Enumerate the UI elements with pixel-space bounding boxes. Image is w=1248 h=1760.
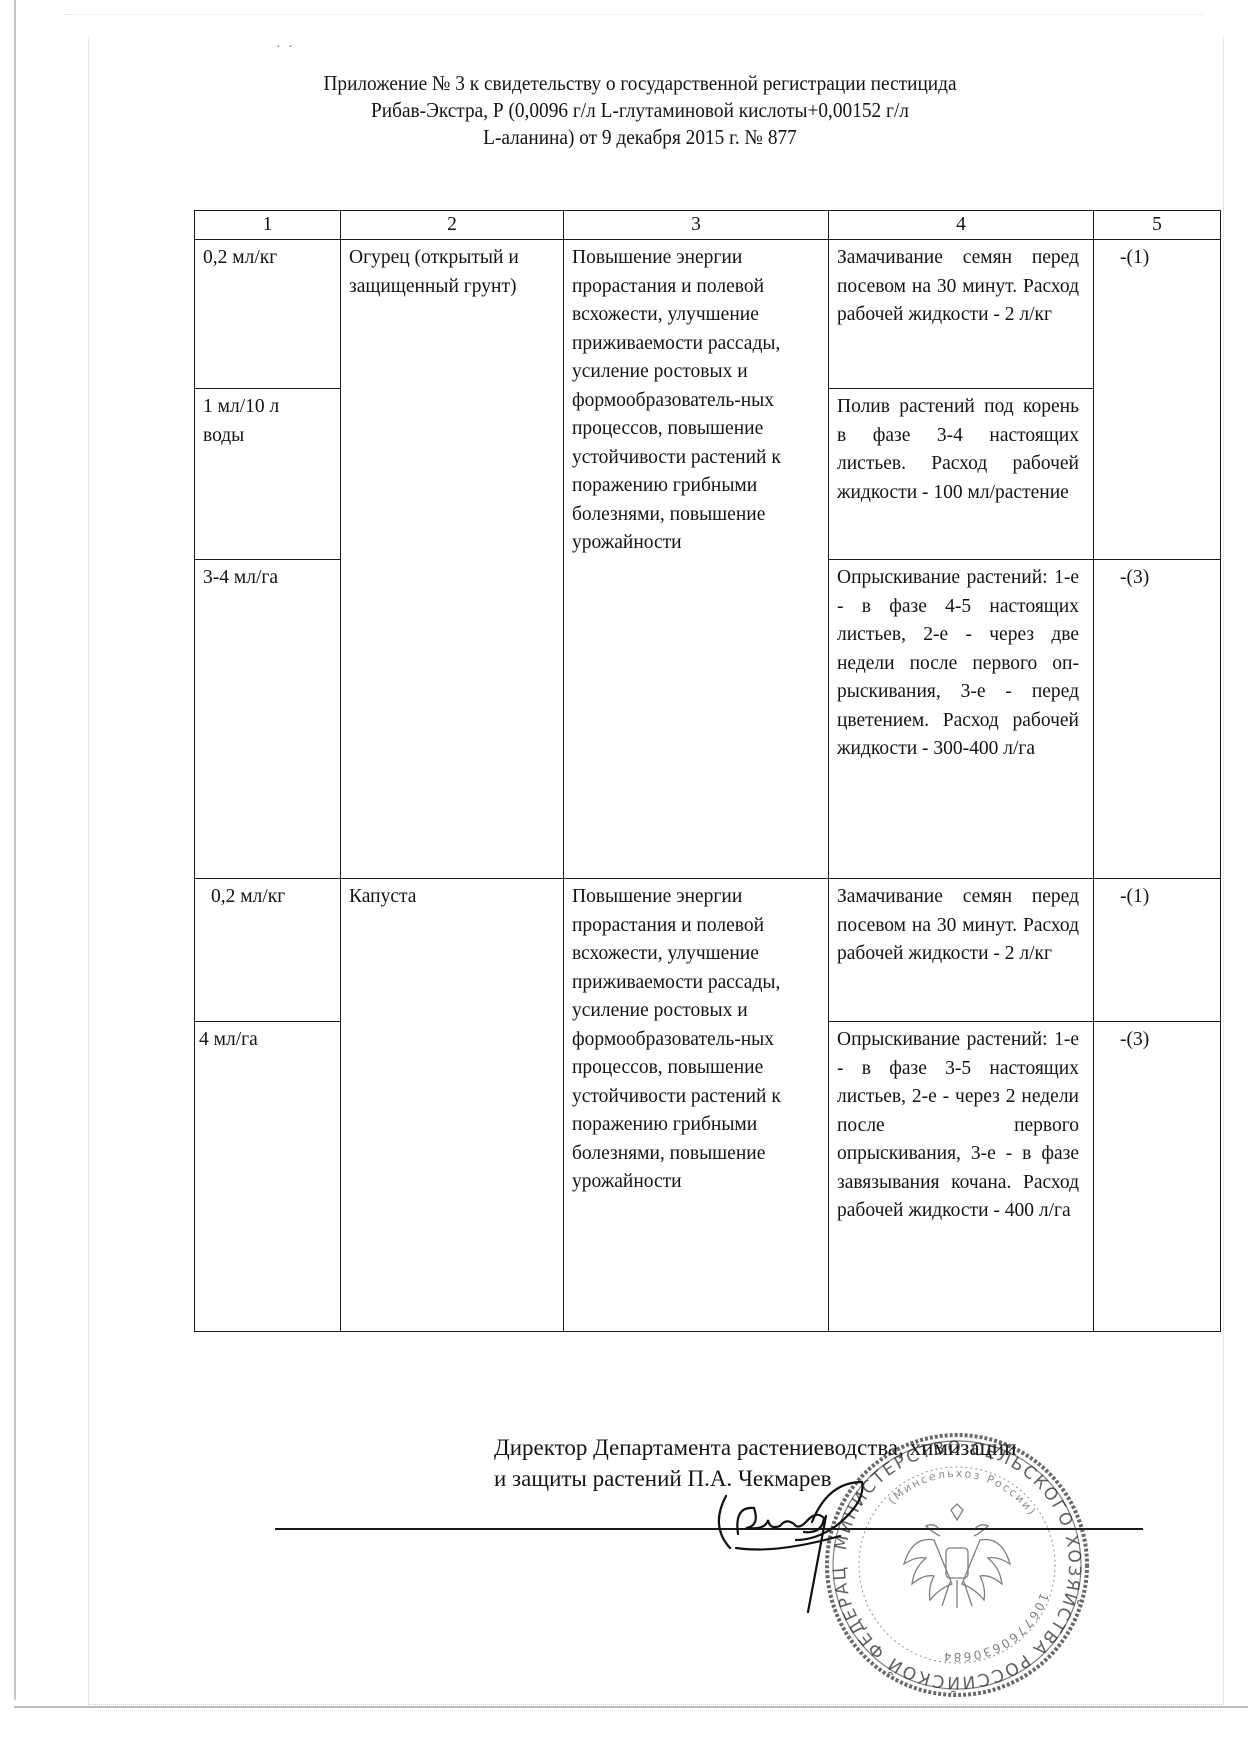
rate-cell: 0,2 мл/кг bbox=[195, 240, 341, 389]
term-cell: -(1) bbox=[1094, 879, 1221, 1022]
heading-line-1: Приложение № 3 к свидетельству о государ… bbox=[263, 70, 1017, 97]
term-cell: -(1) bbox=[1094, 240, 1221, 560]
page-edge bbox=[14, 0, 16, 1700]
term-cell: -(3) bbox=[1094, 560, 1221, 879]
method-cell: Замачивание семян перед посевом на 30 ми… bbox=[829, 240, 1094, 389]
rate-cell: 4 мл/га bbox=[195, 1022, 341, 1332]
method-cell: Замачивание семян перед посевом на 30 ми… bbox=[829, 879, 1094, 1022]
page-edge-bottom bbox=[14, 1706, 1248, 1708]
rate-cell: 3-4 мл/га bbox=[195, 560, 341, 879]
purpose-cell: Повышение энергии прорастания и полевой … bbox=[564, 240, 829, 879]
scan-mark: · · bbox=[276, 40, 295, 56]
rate-cell: 1 мл/10 л воды bbox=[195, 389, 341, 560]
document-heading: Приложение № 3 к свидетельству о государ… bbox=[263, 70, 1017, 151]
scan-artifact bbox=[64, 14, 1204, 16]
column-header: 1 bbox=[195, 211, 341, 240]
method-cell: Опрыскивание растений: 1-е - в фазе 3-5 … bbox=[829, 1022, 1094, 1332]
column-header: 3 bbox=[564, 211, 829, 240]
column-header: 2 bbox=[341, 211, 564, 240]
handwritten-signature-icon bbox=[708, 1476, 878, 1626]
heading-line-2: Рибав-Экстра, Р (0,0096 г/л L-глутаминов… bbox=[263, 97, 1017, 124]
crop-cell: Огурец (открытый и защищенный грунт) bbox=[341, 240, 564, 879]
heading-line-3: L-аланина) от 9 декабря 2015 г. № 877 bbox=[263, 124, 1017, 151]
purpose-cell: Повышение энергии прорастания и полевой … bbox=[564, 879, 829, 1332]
column-header: 4 bbox=[829, 211, 1094, 240]
crop-cell: Капуста bbox=[341, 879, 564, 1332]
method-cell: Опрыскивание растений: 1-е - в фазе 4-5 … bbox=[829, 560, 1094, 879]
table-header-row: 1 2 3 4 5 bbox=[195, 211, 1221, 240]
column-header: 5 bbox=[1094, 211, 1221, 240]
registration-table: 1 2 3 4 5 0,2 мл/кг Огурец (открытый и з… bbox=[194, 210, 1221, 1332]
rate-cell: 0,2 мл/кг bbox=[195, 879, 341, 1022]
table-row: 0,2 мл/кг Огурец (открытый и защищенный … bbox=[195, 240, 1221, 389]
table-row: 0,2 мл/кг Капуста Повышение энергии прор… bbox=[195, 879, 1221, 1022]
method-cell: Полив растений под корень в фазе 3-4 нас… bbox=[829, 389, 1094, 560]
term-cell: -(3) bbox=[1094, 1022, 1221, 1332]
